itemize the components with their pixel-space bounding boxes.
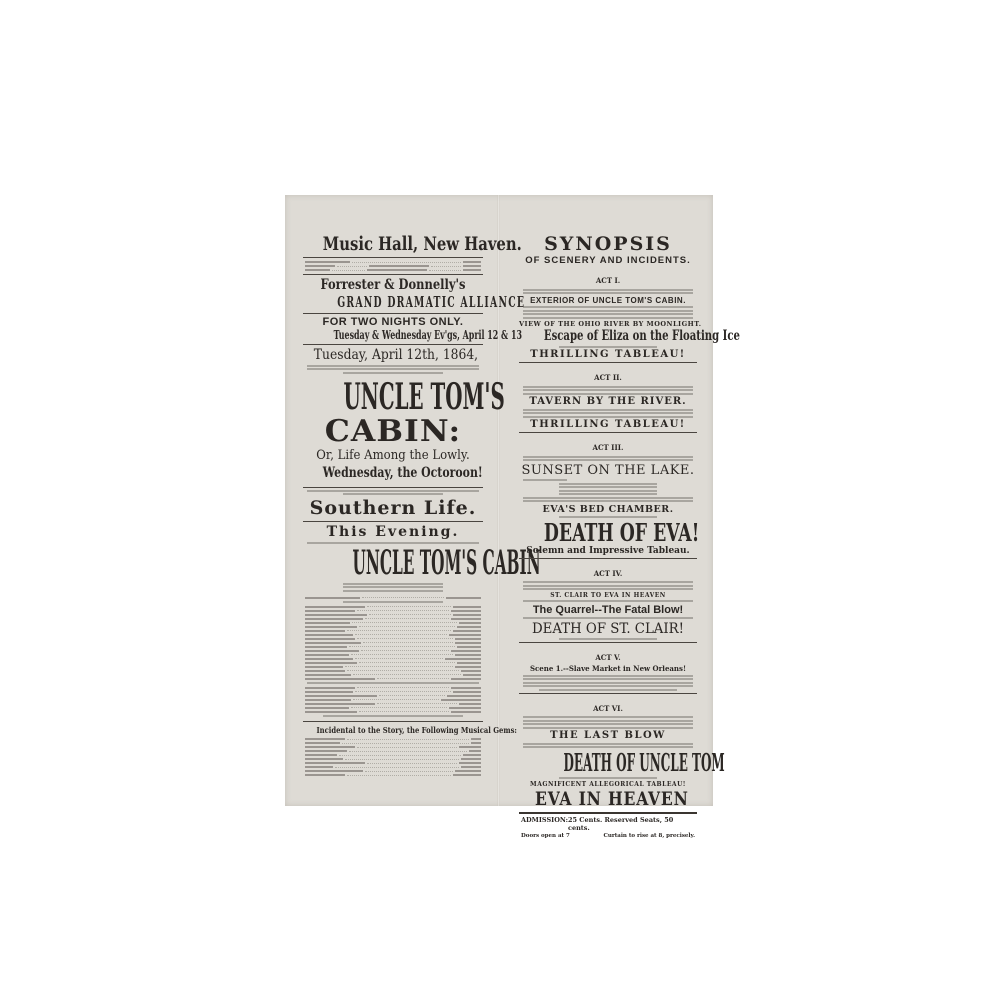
sunset-on-lake: SUNSET ON THE LAKE.: [519, 463, 697, 478]
curtain-time: Curtain to rise at 8, precisely.: [603, 833, 695, 839]
doors-open: Doors open at 7: [521, 833, 570, 839]
subtitle: Or, Life Among the Lowly.: [312, 448, 474, 463]
southern-life: Southern Life.: [303, 497, 483, 519]
solemn-tableau: Solemn and Impressive Tableau.: [519, 546, 697, 556]
synopsis-subtitle: OF SCENERY AND INCIDENTS.: [519, 255, 697, 266]
this-evening: This Evening.: [303, 524, 483, 540]
left-column: Music Hall, New Haven. Forrester & Donne…: [303, 195, 483, 806]
times-line: Doors open at 7 Curtain to rise at 8, pr…: [521, 833, 695, 839]
staff-list: [303, 260, 483, 272]
eliza-escape: Escape of Eliza on the Floating Ice: [544, 328, 672, 344]
engagement: FOR TWO NIGHTS ONLY.: [303, 316, 483, 328]
admission-prices: 25 Cents. Reserved Seats, 50 cents.: [568, 816, 695, 832]
thrilling-tableau-2: THRILLING TABLEAU!: [519, 419, 697, 430]
evas-bed-chamber: EVA'S BED CHAMBER.: [519, 504, 697, 515]
death-of-uncle-tom: DEATH OF UNCLE TOM: [564, 750, 653, 776]
eva-in-heaven: EVA IN HEAVEN: [535, 788, 681, 810]
musical-gems-header: Incidental to the Story, the Following M…: [317, 725, 470, 735]
musical-gems-list: [303, 737, 483, 777]
act-4-label: ACT IV.: [594, 569, 623, 578]
tavern-by-river: TAVERN BY THE RIVER.: [519, 396, 697, 407]
act-3-label: ACT III.: [593, 443, 624, 452]
admission-line: ADMISSION: 25 Cents. Reserved Seats, 50 …: [521, 816, 695, 832]
ohio-river-view: VIEW OF THE OHIO RIVER BY MOONLIGHT.: [519, 320, 697, 328]
slave-market: Scene 1.--Slave Market in New Orleans!: [519, 664, 697, 673]
the-quarrel: The Quarrel--The Fatal Blow!: [519, 604, 697, 616]
act-6-label: ACT VI.: [593, 704, 623, 713]
act-1-label: ACT I.: [596, 276, 620, 285]
title-cabin: CABIN:: [299, 416, 488, 448]
death-of-eva: DEATH OF EVA!: [544, 520, 672, 546]
presenters: Forrester & Donnelly's: [319, 277, 467, 293]
playbill-sheet: Music Hall, New Haven. Forrester & Donne…: [285, 195, 713, 806]
thrilling-tableau-1: THRILLING TABLEAU!: [519, 349, 697, 360]
allegorical-tableau: MAGNIFICENT ALLEGORICAL TABLEAU!: [519, 781, 697, 788]
cast-list: [303, 596, 483, 718]
company-name: GRAND DRAMATIC ALLIANCE: [337, 293, 449, 311]
title-repeat: UNCLE TOM'S CABIN: [353, 545, 434, 581]
admission-label: ADMISSION:: [521, 816, 568, 832]
venue-title: Music Hall, New Haven.: [323, 233, 463, 255]
synopsis-title: SYNOPSIS: [519, 233, 697, 255]
date-line: Tuesday, April 12th, 1864,: [314, 347, 472, 363]
wednesday-octoroon: Wednesday, the Octoroon!: [323, 465, 463, 481]
the-last-blow: THE LAST BLOW: [519, 730, 697, 741]
st-clair-to-eva: ST. CLAIR TO EVA IN HEAVEN: [519, 592, 697, 599]
performance-dates: Tuesday & Wednesday Ev'gs, April 12 & 13: [334, 328, 453, 342]
act-5-label: ACT V.: [595, 653, 620, 662]
paper-fold: [497, 195, 500, 806]
act-1-exterior: EXTERIOR OF UNCLE TOM'S CABIN.: [519, 296, 697, 305]
right-column: SYNOPSIS OF SCENERY AND INCIDENTS. ACT I…: [519, 195, 697, 806]
death-of-st-clair: DEATH OF ST. CLAIR!: [523, 621, 692, 637]
act-2-label: ACT II.: [594, 373, 622, 382]
title-uncle-toms: UNCLE TOM'S: [344, 378, 443, 416]
